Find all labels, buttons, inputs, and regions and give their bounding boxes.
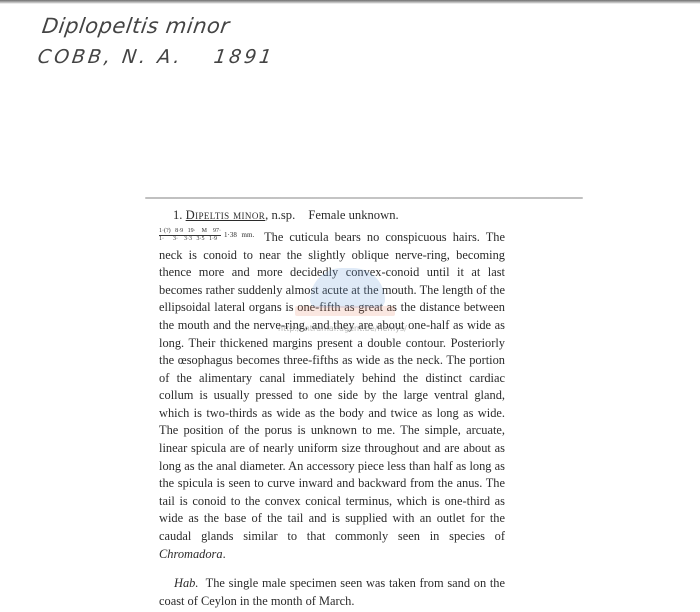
habitat-paragraph: Hab. The single male specimen seen was t…	[159, 575, 505, 610]
de-man-formula: 1·(?) 8·9 19· M 97· 1· 3· 3·3 3·5 1·9	[159, 228, 221, 243]
genus-reference: Chromadora	[159, 547, 223, 561]
pasted-strip-edge	[145, 197, 583, 199]
handwritten-author-line: COBB, N. A. 1891	[36, 44, 276, 70]
handwritten-author: COBB, N. A.	[36, 46, 184, 68]
handwritten-label: Diplopeltis minor COBB, N. A. 1891	[36, 14, 280, 70]
species-note: Female unknown.	[308, 208, 398, 222]
species-heading: 1. Dipeltis minor, n.sp. Female unknown.	[173, 207, 505, 225]
species-name: Dipeltis minor	[186, 208, 266, 222]
habitat-label: Hab.	[174, 576, 198, 590]
habitat-text: The single male specimen seen was taken …	[159, 576, 505, 608]
species-status: n.sp.	[271, 208, 295, 222]
description-text: The cuticula bears no conspicuous hairs.…	[159, 230, 505, 543]
species-number: 1.	[173, 208, 182, 222]
formula-denominator: 1· 3· 3·3 3·5 1·9	[159, 236, 221, 243]
formula-numerator: 1·(?) 8·9 19· M 97·	[159, 228, 221, 236]
scan-top-edge	[0, 0, 700, 4]
species-description: 1. Dipeltis minor, n.sp. Female unknown.…	[159, 207, 505, 610]
formula-length: 1·38 mm.	[224, 231, 254, 239]
description-paragraph: 1·(?) 8·9 19· M 97· 1· 3· 3·3 3·5 1·9 1·…	[159, 229, 505, 564]
handwritten-species-name: Diplopeltis minor	[41, 14, 281, 38]
handwritten-year: 1891	[212, 46, 275, 68]
